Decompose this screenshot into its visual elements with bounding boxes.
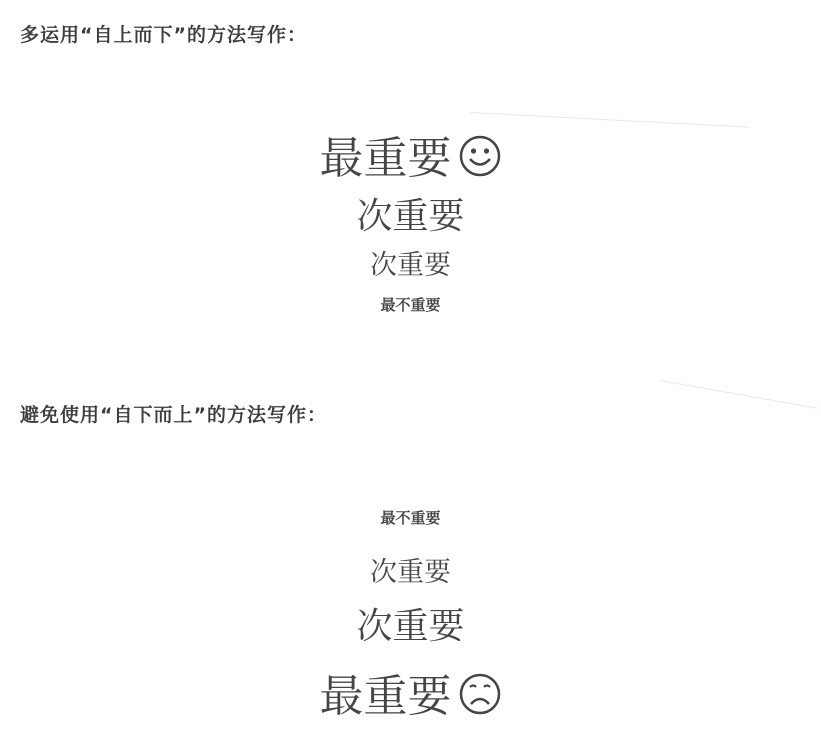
secondary-line: 次重要 <box>0 550 821 589</box>
least-important-line: 最不重要 <box>0 294 821 315</box>
frowning-face-icon <box>458 672 502 727</box>
line-text: 最重要 <box>320 133 452 184</box>
section-heading-top-down: 多运用“自上而下”的方法写作： <box>20 20 307 47</box>
most-important-line: 最重要 <box>0 660 821 727</box>
least-important-line: 最不重要 <box>0 507 821 528</box>
secondary-line: 次重要 <box>0 598 821 649</box>
smiley-face-icon <box>458 134 502 189</box>
section-heading-bottom-up: 避免使用“自下而上”的方法写作： <box>20 400 327 427</box>
secondary-line: 次重要 <box>0 243 821 282</box>
secondary-line: 次重要 <box>0 188 821 239</box>
paper-streak <box>660 380 818 409</box>
line-text: 最重要 <box>320 671 452 722</box>
most-important-line: 最重要 <box>0 122 821 189</box>
